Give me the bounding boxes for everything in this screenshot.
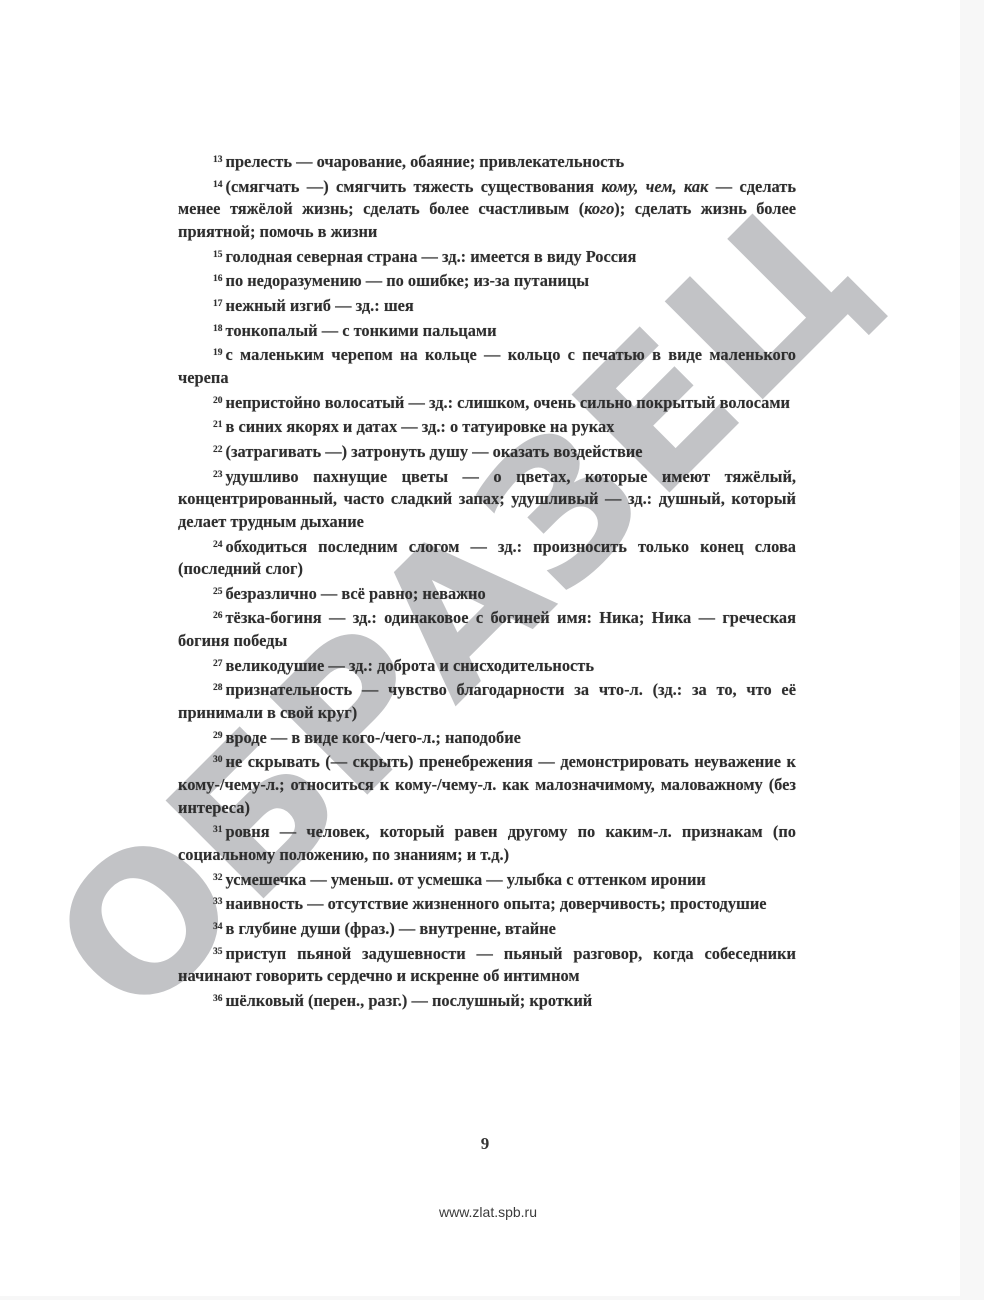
footnote-text: приступ пьяной задушевности — пьяный раз… (178, 944, 796, 986)
document-page: ОБРАЗЕЦ ОБРАЗЕЦ 13прелесть — очарование,… (0, 0, 960, 1296)
footnote-text: нежный изгиб — зд.: шея (226, 296, 414, 315)
footnote-text: голодная северная страна — зд.: имеется … (226, 247, 637, 266)
footnote-text: тонкопалый — с тонкими пальцами (226, 321, 497, 340)
footnote-item: 31ровня — человек, который равен другому… (178, 819, 796, 866)
publisher-url: www.zlat.spb.ru (388, 1204, 588, 1220)
footnote-number: 33 (213, 897, 223, 907)
footnote-number: 28 (213, 683, 223, 693)
footnote-number: 35 (213, 947, 223, 957)
footnote-number: 27 (213, 659, 223, 669)
footnote-text: удушливо пахнущие цветы — о цветах, кото… (178, 467, 796, 531)
footnote-item: 34в глубине души (фраз.) — внутренне, вт… (178, 916, 796, 941)
footnote-item: 19с маленьким черепом на кольце — кольцо… (178, 342, 796, 389)
footnote-item: 28признательность — чувство благодарност… (178, 677, 796, 724)
footnote-text-italic: кому, чем, как (601, 177, 708, 196)
footnote-number: 15 (213, 250, 223, 260)
footnote-number: 13 (213, 155, 223, 165)
footnote-text: с маленьким черепом на кольце — кольцо с… (178, 345, 796, 387)
footnote-item: 25безразлично — всё равно; неважно (178, 581, 796, 606)
footnote-item: 18тонкопалый — с тонкими пальцами (178, 318, 796, 343)
footnote-text: не скрывать (— скрыть) пренебрежения — д… (178, 752, 796, 816)
footnote-number: 34 (213, 922, 223, 932)
footnote-number: 23 (213, 470, 223, 480)
footnote-text: прелесть — очарование, обаяние; привлека… (226, 152, 625, 171)
footnote-text: безразлично — всё равно; неважно (226, 584, 486, 603)
footnote-text: обходиться последним слогом — зд.: произ… (178, 537, 796, 579)
footnote-item: 22(затрагивать —) затронуть душу — оказа… (178, 439, 796, 464)
footnote-item: 33наивность — отсутствие жизненного опыт… (178, 891, 796, 916)
footnote-text: наивность — отсутствие жизненного опыта;… (226, 894, 767, 913)
footnote-number: 19 (213, 348, 223, 358)
viewer-side-margin (960, 0, 984, 1300)
page-number: 9 (470, 1134, 500, 1154)
footnote-item: 29вроде — в виде кого-/чего-л.; наподоби… (178, 725, 796, 750)
footnote-text: (смягчать —) смягчить тяжесть существова… (226, 177, 602, 196)
footnote-number: 18 (213, 324, 223, 334)
footnote-item: 15голодная северная страна — зд.: имеетс… (178, 244, 796, 269)
viewer-bottom-margin (0, 1296, 960, 1300)
footnote-text: непристойно волосатый — зд.: слишком, оч… (226, 393, 791, 412)
footnote-text: великодушие — зд.: доброта и снисходител… (226, 656, 595, 675)
footnote-item: 13прелесть — очарование, обаяние; привле… (178, 149, 796, 174)
footnote-number: 24 (213, 540, 223, 550)
footnote-number: 30 (213, 755, 223, 765)
footnote-text: усмешечка — уменьш. от усмешка — улыбка … (226, 870, 706, 889)
footnote-number: 16 (213, 274, 223, 284)
footnote-item: 30не скрывать (— скрыть) пренебрежения —… (178, 749, 796, 819)
footnote-text: в синих якорях и датах — зд.: о татуиров… (226, 417, 615, 436)
footnote-text: в глубине души (фраз.) — внутренне, втай… (226, 919, 556, 938)
footnote-number: 32 (213, 873, 223, 883)
footnote-number: 22 (213, 445, 223, 455)
footnote-number: 25 (213, 587, 223, 597)
footnote-item: 26тёзка-богиня — зд.: одинаковое с богин… (178, 605, 796, 652)
footnote-number: 14 (213, 180, 223, 190)
footnote-item: 23удушливо пахнущие цветы — о цветах, ко… (178, 464, 796, 534)
footnote-item: 17нежный изгиб — зд.: шея (178, 293, 796, 318)
footnote-number: 20 (213, 396, 223, 406)
footnote-number: 17 (213, 299, 223, 309)
footnote-text: признательность — чувство благодарности … (178, 680, 796, 722)
footnote-text: по недоразумению — по ошибке; из-за пута… (226, 271, 590, 290)
footnote-item: 35приступ пьяной задушевности — пьяный р… (178, 941, 796, 988)
footnote-number: 29 (213, 731, 223, 741)
footnote-number: 36 (213, 994, 223, 1004)
footnote-item: 32усмешечка — уменьш. от усмешка — улыбк… (178, 867, 796, 892)
footnote-text: шёлковый (перен., разг.) — послушный; кр… (226, 991, 593, 1010)
footnote-item: 36шёлковый (перен., разг.) — послушный; … (178, 988, 796, 1013)
footnote-number: 21 (213, 420, 223, 430)
footnote-text: тёзка-богиня — зд.: одинаковое с богиней… (178, 608, 796, 650)
footnotes-list: 13прелесть — очарование, обаяние; привле… (178, 149, 796, 1013)
footnote-text-italic: кого (584, 199, 614, 218)
footnote-item: 20непристойно волосатый — зд.: слишком, … (178, 390, 796, 415)
footnote-text: (затрагивать —) затронуть душу — оказать… (226, 442, 643, 461)
footnote-item: 14(смягчать —) смягчить тяжесть существо… (178, 174, 796, 244)
footnote-item: 16по недоразумению — по ошибке; из-за пу… (178, 268, 796, 293)
footnote-number: 26 (213, 611, 223, 621)
footnote-item: 27великодушие — зд.: доброта и снисходит… (178, 653, 796, 678)
footnote-text: ровня — человек, который равен другому п… (178, 822, 796, 864)
footnote-item: 24обходиться последним слогом — зд.: про… (178, 534, 796, 581)
footnote-number: 31 (213, 825, 223, 835)
footnote-item: 21в синих якорях и датах — зд.: о татуир… (178, 414, 796, 439)
footnote-text: вроде — в виде кого-/чего-л.; наподобие (226, 728, 521, 747)
